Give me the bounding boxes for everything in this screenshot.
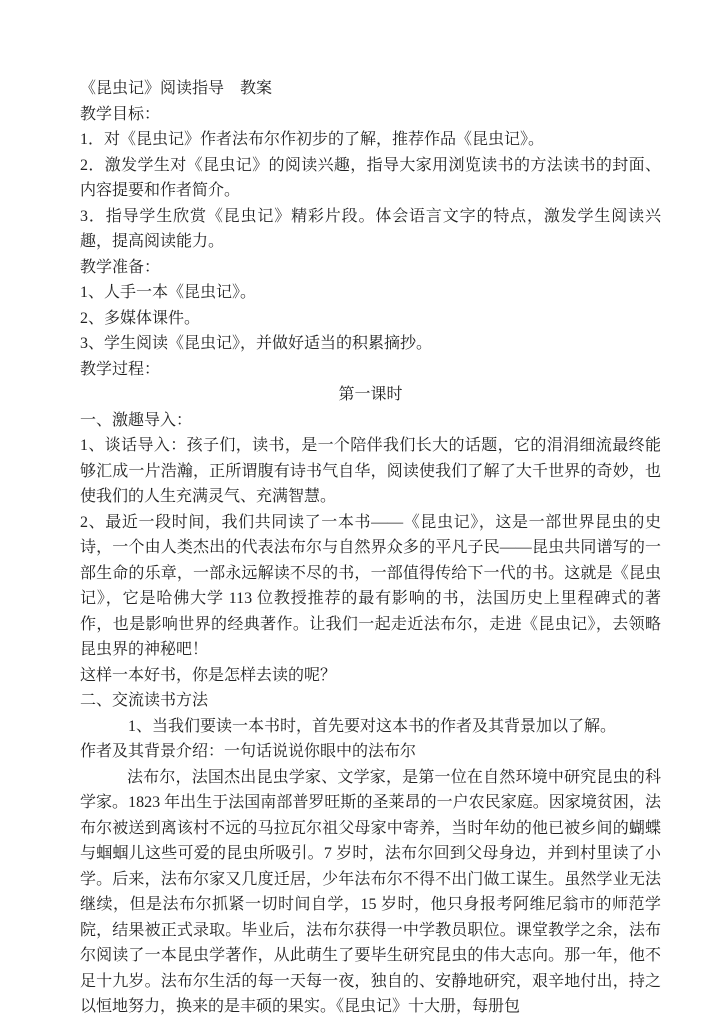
document-page: 《昆虫记》阅读指导 教案 教学目标： 1．对《昆虫记》作者法布尔作初步的了解，推…	[0, 0, 725, 1024]
teaching-process-heading: 教学过程：	[80, 357, 661, 383]
para-recent-book: 2、最近一段时间，我们共同读了一本书——《昆虫记》，这是一部世界昆虫的史诗，一个…	[80, 510, 661, 663]
para-talk-intro: 1、谈话导入：孩子们，读书，是一个陪伴我们长大的话题，它的涓涓细流最终能够汇成一…	[80, 433, 661, 510]
prep-2: 2、多媒体课件。	[80, 306, 661, 332]
goal-1: 1．对《昆虫记》作者法布尔作初步的了解，推荐作品《昆虫记》。	[80, 127, 661, 153]
section-2-heading: 二、交流读书方法	[80, 688, 661, 714]
para-question: 这样一本好书，你是怎样去读的呢？	[80, 663, 661, 689]
teaching-goals-heading: 教学目标：	[80, 102, 661, 128]
lesson-1-heading: 第一课时	[80, 382, 661, 408]
goal-2: 2．激发学生对《昆虫记》的阅读兴趣，指导大家用浏览读书的方法读书的封面、内容提要…	[80, 153, 661, 204]
prep-1: 1、人手一本《昆虫记》。	[80, 280, 661, 306]
author-intro-heading: 作者及其背景介绍：一句话说说你眼中的法布尔	[80, 739, 661, 765]
teaching-prep-heading: 教学准备：	[80, 255, 661, 281]
goal-3: 3．指导学生欣赏《昆虫记》精彩片段。体会语言文字的特点，激发学生阅读兴趣，提高阅…	[80, 204, 661, 255]
doc-title: 《昆虫记》阅读指导 教案	[80, 76, 661, 102]
step-1: 1、当我们要读一本书时，首先要对这本书的作者及其背景加以了解。	[80, 714, 661, 740]
section-1-heading: 一、激趣导入：	[80, 408, 661, 434]
author-bio: 法布尔，法国杰出昆虫学家、文学家，是第一位在自然环境中研究昆虫的科学家。1823…	[80, 765, 661, 1020]
prep-3: 3、学生阅读《昆虫记》，并做好适当的积累摘抄。	[80, 331, 661, 357]
